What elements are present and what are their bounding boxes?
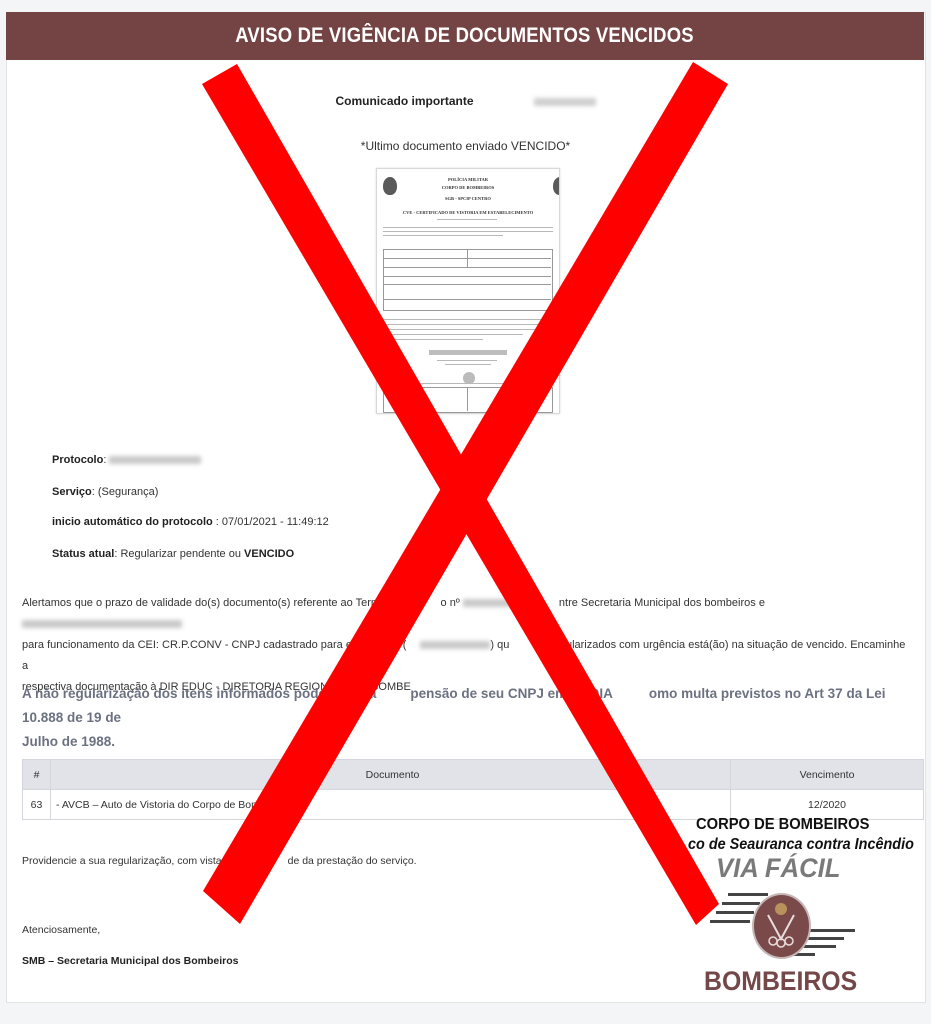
ultimo-documento-label: *Ultimo documento enviado VENCIDO* (0, 139, 931, 153)
logo-via-facil: VIA FÁCIL (716, 853, 840, 884)
redacted-text (534, 98, 596, 106)
warning-message: A não regularização dos itens informados… (22, 682, 912, 754)
documents-table: # Documento Vencimento 63 - AVCB – Auto … (22, 759, 924, 820)
servico-row: Serviço: (Segurança) (52, 486, 158, 498)
table-row: 63 - AVCB – Auto de Vistoria do Corpo de… (23, 790, 924, 820)
bombeiros-emblem-icon (752, 893, 811, 959)
certificate-preview-image[interactable]: POLÍCIA MILITAR CORPO DE BOMBEIROS SGB -… (376, 168, 560, 414)
inicio-row: inicio automático do protocolo : 07/01/2… (52, 516, 329, 528)
protocolo-row: Protocolo: (52, 454, 201, 466)
page-header: AVISO DE VIGÊNCIA DE DOCUMENTOS VENCIDOS (6, 12, 924, 60)
logo-bombeiros: BOMBEIROS (704, 966, 857, 997)
column-header-documento: Documento (51, 760, 731, 790)
logo-subtitle: co de Seauranca contra Incêndio (688, 836, 914, 854)
column-header-vencimento: Vencimento (731, 760, 924, 790)
comunicado-heading: Comunicado importante (0, 94, 931, 108)
status-badge: VENCIDO (244, 548, 294, 560)
providencie-text: Providencie a sua regularização, com vis… (22, 855, 417, 867)
atenciosamente-text: Atenciosamente, (22, 924, 100, 936)
column-header-number: # (23, 760, 51, 790)
logo-title: CORPO DE BOMBEIROS (696, 816, 869, 834)
redacted-protocol (109, 456, 201, 464)
page-title: AVISO DE VIGÊNCIA DE DOCUMENTOS VENCIDOS (236, 12, 694, 60)
signature: SMB – Secretaria Municipal dos Bombeiros (22, 955, 238, 967)
status-row: Status atual: Regularizar pendente ou VE… (52, 548, 294, 560)
